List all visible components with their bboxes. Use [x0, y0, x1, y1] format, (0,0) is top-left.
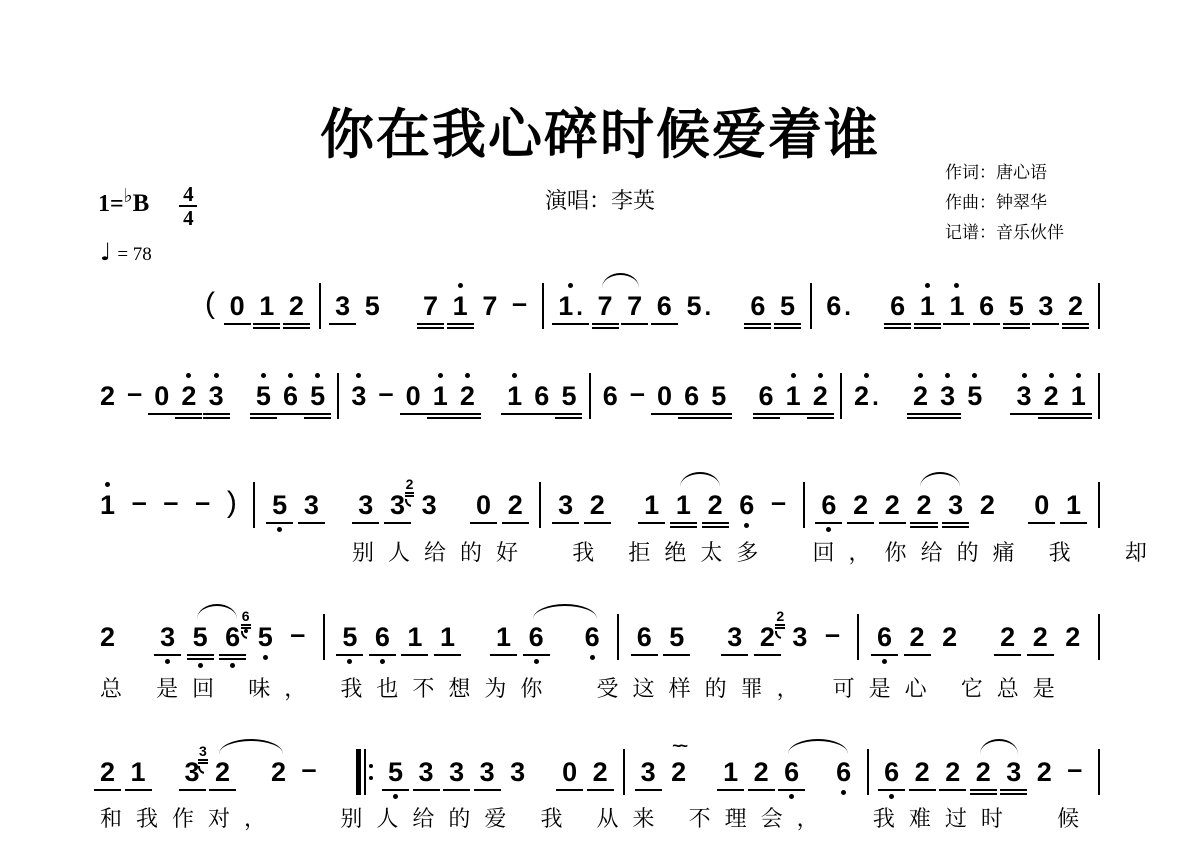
note: 2	[754, 759, 769, 786]
underline	[943, 323, 970, 325]
note: 5	[310, 383, 325, 410]
note-number: 1	[496, 622, 511, 652]
note-number: 6	[826, 291, 841, 321]
note: 6	[979, 293, 994, 320]
note-number: 6	[375, 622, 390, 652]
note: 1	[100, 492, 115, 519]
note-number: 6	[784, 757, 799, 787]
underline	[717, 789, 744, 791]
note-number: 2	[976, 757, 991, 787]
note: 3	[358, 492, 373, 519]
underline	[298, 522, 325, 524]
barline	[323, 614, 325, 660]
underline	[753, 413, 780, 415]
note: 7	[423, 293, 438, 320]
underline	[638, 522, 665, 524]
underline	[721, 654, 748, 656]
note: 0	[154, 383, 169, 410]
octave-dot-above	[512, 373, 517, 378]
grace-note-number: 3	[199, 743, 207, 759]
note: 3	[335, 293, 350, 320]
underline	[352, 522, 379, 524]
underline	[175, 413, 202, 415]
duration-dash: –	[132, 489, 147, 516]
note-number: 5	[193, 622, 208, 652]
note-number: 6	[657, 291, 672, 321]
grace-note-number: 2	[406, 476, 414, 492]
underline	[219, 658, 246, 660]
octave-dot-above	[568, 283, 573, 288]
note-number: 2	[181, 381, 196, 411]
note: 7	[627, 293, 642, 320]
note-number: 1	[100, 490, 115, 520]
note: 3	[480, 759, 495, 786]
note-number: 3	[160, 622, 175, 652]
note-number: 6	[877, 622, 892, 652]
spacer	[738, 396, 746, 397]
underline	[744, 327, 771, 329]
note-number: 2	[460, 381, 475, 411]
note: 2	[1000, 624, 1015, 651]
underline	[807, 413, 834, 415]
barline	[867, 749, 869, 795]
octave-dot-below	[744, 523, 749, 528]
underline	[754, 654, 781, 656]
augmentation-dot: .	[872, 384, 879, 411]
note: 3	[641, 759, 656, 786]
note-number: 6	[637, 622, 652, 652]
slur-arc	[980, 739, 1018, 754]
underline	[914, 323, 941, 325]
grace-note-number: 2	[776, 608, 784, 624]
underline	[778, 789, 805, 791]
spacer	[866, 306, 876, 307]
octave-dot-above	[864, 373, 869, 378]
underline	[400, 413, 427, 415]
octave-dot-above	[105, 482, 110, 487]
note: 5	[342, 624, 357, 651]
note-number: 1	[507, 381, 522, 411]
octave-dot-above	[356, 373, 361, 378]
note: 2	[760, 624, 775, 651]
underline	[884, 327, 911, 329]
underline	[970, 793, 997, 795]
underline	[939, 789, 966, 791]
note: 2	[460, 383, 475, 410]
note-number: 6	[684, 381, 699, 411]
spacer	[473, 637, 479, 638]
note: 5	[256, 383, 271, 410]
note-number: 5	[780, 291, 795, 321]
note: 5	[780, 293, 795, 320]
underline	[417, 327, 444, 329]
underline	[621, 323, 648, 325]
underline	[175, 417, 202, 419]
slur-arc	[197, 604, 237, 619]
note-number: 2	[708, 490, 723, 520]
note: 3	[160, 624, 175, 651]
note-number: 1	[453, 291, 468, 321]
octave-dot-above	[918, 373, 923, 378]
underline	[879, 522, 906, 524]
underline	[1060, 522, 1087, 524]
note: 2	[100, 759, 115, 786]
underline	[304, 413, 331, 415]
note-number: 3	[419, 757, 434, 787]
note-number: 2	[942, 622, 957, 652]
close-paren: )	[227, 488, 237, 518]
note: 7	[482, 293, 497, 320]
underline	[266, 522, 293, 524]
underline	[148, 413, 175, 415]
octave-dot-above	[1049, 373, 1054, 378]
note-number: 1	[676, 490, 691, 520]
underline	[125, 789, 152, 791]
duration-dash: –	[1067, 756, 1082, 783]
grace-note: 6	[242, 609, 250, 623]
octave-dot-below	[826, 527, 831, 532]
note-number: 3	[1016, 381, 1031, 411]
slur-arc	[533, 604, 597, 619]
note-number: 3	[510, 757, 525, 787]
underline	[670, 526, 697, 528]
note-number: 1	[1066, 490, 1081, 520]
note: 1	[1066, 492, 1081, 519]
note-number: 2	[1037, 757, 1052, 787]
underline	[878, 789, 905, 791]
note: 6	[821, 492, 836, 519]
note: 2	[181, 383, 196, 410]
underline	[934, 417, 961, 419]
note-number: 6	[821, 490, 836, 520]
note: 5	[272, 492, 287, 519]
barline	[840, 373, 842, 419]
note: 5	[967, 383, 982, 410]
underline	[154, 654, 181, 656]
note-number: 3	[390, 490, 405, 520]
underline	[501, 413, 528, 415]
underline	[1032, 323, 1059, 325]
underline	[336, 654, 363, 656]
key-letter: B	[133, 190, 150, 217]
underline	[910, 522, 937, 524]
underline	[753, 417, 780, 419]
note: 2	[1037, 759, 1052, 786]
note-number: 2	[885, 490, 900, 520]
mordent-icon: ~~	[672, 739, 685, 755]
note: 5	[669, 624, 684, 651]
note-number: 5	[388, 757, 403, 787]
lyrics-line-2: 总 是回 味， 我也不想为你 受这样的罪， 可是心 它总是	[100, 676, 1069, 702]
spacer	[726, 306, 736, 307]
underline	[555, 413, 582, 415]
barline	[1098, 373, 1100, 419]
note: 5	[561, 383, 576, 410]
underline	[417, 323, 444, 325]
spacer	[891, 396, 901, 397]
notation-line-1: (01235717–1.7765.656.6116532	[205, 291, 1100, 321]
underline	[454, 417, 481, 419]
spacer	[133, 637, 143, 638]
note-number: 6	[283, 381, 298, 411]
underline	[369, 654, 396, 656]
note-number: 0	[154, 381, 169, 411]
repeat-thin-bar	[364, 749, 366, 795]
note: 1	[676, 492, 691, 519]
notation-line-4: 235656–5611166653232–622222	[100, 622, 1100, 652]
underline	[910, 526, 937, 528]
duration-dash: –	[512, 290, 527, 317]
note: 6	[890, 293, 905, 320]
note: 23	[215, 759, 230, 786]
time-signature: 4 4	[179, 184, 197, 228]
note-number: 5	[669, 622, 684, 652]
underline	[907, 417, 934, 419]
underline	[973, 323, 1000, 325]
underline	[678, 417, 705, 419]
underline	[277, 413, 304, 415]
note-number: 5	[342, 622, 357, 652]
meter-numerator: 4	[183, 184, 194, 204]
underline	[631, 654, 658, 656]
underline	[443, 789, 470, 791]
note-number: 2	[945, 757, 960, 787]
note: 2	[708, 492, 723, 519]
note-number: 2	[215, 757, 230, 787]
barline	[539, 482, 541, 528]
note: 2	[913, 383, 928, 410]
notation-line-5: 213232–533330232~~1266622232–	[100, 757, 1100, 787]
note: 3	[510, 759, 525, 786]
note-number: 7	[627, 291, 642, 321]
note: 6	[657, 293, 672, 320]
note-number: 1	[131, 757, 146, 787]
note: 32	[422, 492, 437, 519]
note: 2	[1044, 383, 1059, 410]
octave-dot-above	[1022, 373, 1027, 378]
octave-dot-below	[590, 655, 595, 660]
note: 32	[792, 624, 807, 651]
note: 1	[407, 624, 422, 651]
note: 3	[390, 492, 405, 519]
note-number: 7	[423, 291, 438, 321]
note-number: 5	[272, 490, 287, 520]
barline	[589, 373, 591, 419]
note: 1	[920, 293, 935, 320]
underline	[187, 654, 214, 656]
barline	[542, 283, 544, 329]
note-number: 3	[480, 757, 495, 787]
barline	[1098, 749, 1100, 795]
note-number: 3	[449, 757, 464, 787]
underline	[552, 522, 579, 524]
note-number: 5	[711, 381, 726, 411]
underline	[774, 323, 801, 325]
note-number: 2	[760, 622, 775, 652]
underline	[914, 327, 941, 329]
note-number: 5	[310, 381, 325, 411]
spacer	[541, 772, 547, 773]
note: 2	[271, 759, 286, 786]
slur-arc	[602, 273, 639, 288]
note-number: 3	[1038, 291, 1053, 321]
spacer	[336, 505, 342, 506]
note: 3	[351, 383, 366, 410]
note: 6	[225, 624, 240, 651]
lyricist-credit: 作词：唐心语	[945, 158, 1064, 188]
note: 6	[534, 383, 549, 410]
note-number: 3	[335, 291, 350, 321]
underline	[942, 526, 969, 528]
underline	[556, 789, 583, 791]
octave-dot-above	[945, 373, 950, 378]
note: 1.	[558, 293, 583, 320]
note-number: 3	[940, 381, 955, 411]
underline	[1038, 413, 1065, 415]
barline	[1098, 614, 1100, 660]
note: 5	[1009, 293, 1024, 320]
underline	[847, 522, 874, 524]
note-number: 6	[836, 757, 851, 787]
note-number: 1	[433, 381, 448, 411]
note: 1	[259, 293, 274, 320]
spacer	[487, 396, 495, 397]
note: 3	[940, 383, 955, 410]
note-number: 3	[1006, 757, 1021, 787]
barline	[623, 749, 625, 795]
octave-dot-above	[1076, 373, 1081, 378]
spacer	[332, 772, 340, 773]
underline	[702, 526, 729, 528]
note-number: 2	[1068, 291, 1083, 321]
note: 2	[1033, 624, 1048, 651]
note-number: 1	[644, 490, 659, 520]
note-number: 2	[100, 757, 115, 787]
note: 2	[945, 759, 960, 786]
note: 2	[916, 492, 931, 519]
note-number: 3	[558, 490, 573, 520]
note-number: 2	[289, 291, 304, 321]
note-number: 7	[598, 291, 613, 321]
octave-dot-above	[288, 373, 293, 378]
note-number: 2	[671, 757, 686, 787]
spacer	[702, 772, 708, 773]
underline	[584, 522, 611, 524]
repeat-dots	[369, 749, 373, 795]
grace-note: 2	[776, 609, 784, 623]
note: 0	[657, 383, 672, 410]
note-number: 0	[230, 291, 245, 321]
underline	[934, 413, 961, 415]
note: 0	[406, 383, 421, 410]
underline	[635, 789, 662, 791]
note-number: 6	[890, 291, 905, 321]
note-number: 2	[754, 757, 769, 787]
repeat-start-sign	[356, 749, 373, 795]
note-number: 6	[603, 381, 618, 411]
underline	[1027, 654, 1054, 656]
underline	[1003, 323, 1030, 325]
underline	[253, 327, 280, 329]
note-number: 6	[225, 622, 240, 652]
note: 1	[723, 759, 738, 786]
barline	[857, 614, 859, 660]
note: 3	[1016, 383, 1031, 410]
note-number: 6	[529, 622, 544, 652]
note-number: 5	[1009, 291, 1024, 321]
open-paren: (	[205, 289, 215, 319]
underline	[454, 413, 481, 415]
underline	[179, 789, 206, 791]
note: 2	[1065, 624, 1080, 651]
note: 0	[476, 492, 491, 519]
underline	[884, 323, 911, 325]
underline	[1065, 417, 1092, 419]
slur-arc	[920, 472, 960, 487]
repeat-dot	[369, 776, 373, 780]
note: 3	[209, 383, 224, 410]
note: 6	[739, 492, 754, 519]
note-number: 6	[750, 291, 765, 321]
note: 3	[727, 624, 742, 651]
transcriber-credit: 记谱：音乐伙伴	[945, 218, 1064, 248]
underline	[592, 327, 619, 329]
note: 1	[433, 383, 448, 410]
barline	[337, 373, 339, 419]
tempo-value: = 78	[117, 244, 151, 265]
octave-dot-below	[841, 790, 846, 795]
note-number: 0	[476, 490, 491, 520]
note: 2	[980, 492, 995, 519]
note: 3	[948, 492, 963, 519]
note: 3	[419, 759, 434, 786]
duration-dash: –	[630, 380, 645, 407]
note: 6	[750, 293, 765, 320]
octave-dot-above	[261, 373, 266, 378]
underline	[474, 789, 501, 791]
note-number: 2	[853, 490, 868, 520]
spacer	[453, 505, 459, 506]
duration-dash: –	[825, 621, 840, 648]
underline	[587, 789, 614, 791]
duration-dash: –	[302, 756, 317, 783]
note-number: 2	[913, 381, 928, 411]
grace-note: 2	[406, 477, 414, 491]
spacer	[975, 637, 983, 638]
note-number: 0	[1034, 490, 1049, 520]
note-number: 2	[1000, 622, 1015, 652]
augmentation-dot: .	[844, 294, 851, 321]
octave-dot-above	[186, 373, 191, 378]
underline	[1038, 417, 1065, 419]
spacer	[815, 772, 821, 773]
note: 2	[100, 383, 115, 410]
note-number: 2	[271, 757, 286, 787]
repeat-dot	[369, 764, 373, 768]
augmentation-dot: .	[576, 294, 583, 321]
underline	[253, 323, 280, 325]
quarter-note-icon: ♩	[100, 238, 111, 266]
underline	[434, 654, 461, 656]
underline	[651, 413, 678, 415]
note: 0	[562, 759, 577, 786]
note: 1	[786, 383, 801, 410]
notation-line-2: 2–0235653–0121656–0656122.235321	[100, 381, 1100, 411]
note-number: 7	[482, 291, 497, 321]
note-number: 5	[258, 622, 273, 652]
spacer	[161, 772, 169, 773]
underline	[490, 654, 517, 656]
